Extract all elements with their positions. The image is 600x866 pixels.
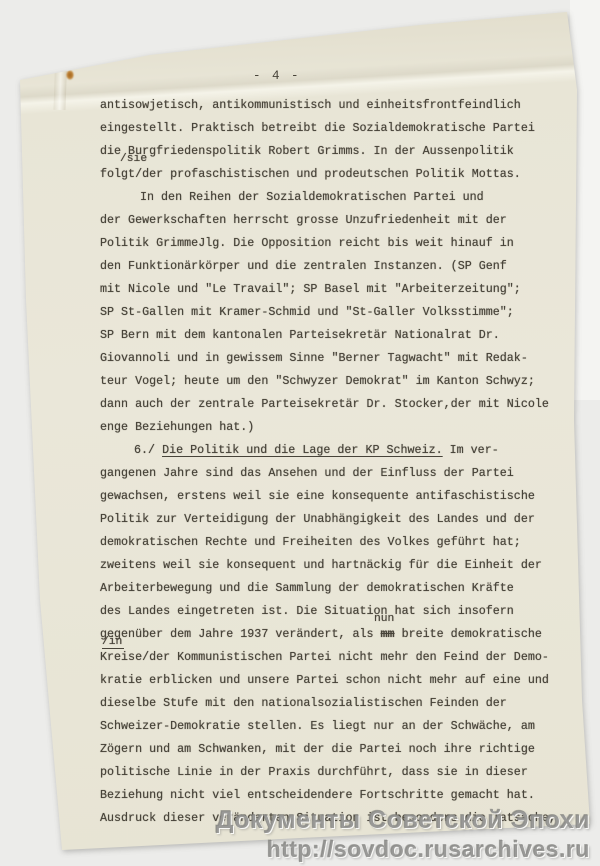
text-segment: Im ver- (443, 443, 499, 457)
text-line: eingestellt. Praktisch betreibt die Sozi… (100, 117, 580, 140)
text-line: enge Beziehungen hat.) (100, 416, 580, 439)
text-line: 6./ Die Politik und die Lage der KP Schw… (100, 439, 580, 462)
text-line: den Funktionärkörper und die zentralen I… (100, 255, 580, 278)
text-line: gangenen Jahre sind das Ansehen und der … (100, 462, 580, 485)
rust-stain (66, 70, 74, 80)
text-line: gewachsen, erstens weil sie eine konsequ… (100, 485, 580, 508)
text-line: Beziehung nicht viel entscheidendere For… (100, 784, 580, 807)
text-line: Politik zur Verteidigung der Unabhängigk… (100, 508, 580, 531)
struck-out-text: mm (381, 627, 395, 641)
text-line: Politik GrimmeJlg. Die Opposition reicht… (100, 232, 580, 255)
inserted-correction: /in (102, 636, 124, 649)
paper-sheet: - 4 - antisowjetisch, antikommunistisch … (0, 0, 600, 866)
text-line: /siefolgt/der profaschistischen und prod… (100, 163, 580, 186)
text-line: Schweizer-Demokratie stellen. Es liegt n… (100, 715, 580, 738)
text-line: Arbeiterbewegung und die Sammlung der de… (100, 577, 580, 600)
text-line: Zögern und am Schwanken, mit der die Par… (100, 738, 580, 761)
text-line: mit Nicole und "Le Travail"; SP Basel mi… (100, 278, 580, 301)
paper-surface: - 4 - antisowjetisch, antikommunistisch … (0, 0, 600, 866)
text-line: antisowjetisch, antikommunistisch und ei… (100, 94, 580, 117)
text-line: /inKreise/der Kommunistischen Partei nic… (100, 646, 580, 669)
text-segment: gegenüber dem Jahre 1937 verändert, als (100, 627, 381, 641)
text-line: zweitens weil sie konsequent und hartnäc… (100, 554, 580, 577)
rust-stain (88, 33, 97, 44)
text-line: nungegenüber dem Jahre 1937 verändert, a… (100, 623, 580, 646)
scanned-document: - 4 - antisowjetisch, antikommunistisch … (0, 0, 600, 866)
text-segment: Kreise/der Kommunistischen Partei nicht … (100, 650, 549, 664)
text-line: kratie erblicken und unsere Partei schon… (100, 669, 580, 692)
text-line: politische Linie in der Praxis durchführ… (100, 761, 580, 784)
text-line: SP St-Gallen mit Kramer-Schmid und "St-G… (100, 301, 580, 324)
text-line: der Gewerkschaften herrscht grosse Unzuf… (100, 209, 580, 232)
text-line: Giovannoli und in gewissem Sinne "Berner… (100, 347, 580, 370)
text-line: des Landes eingetreten ist. Die Situatio… (100, 600, 580, 623)
text-segment: folgt/der profaschistischen und prodeuts… (100, 167, 521, 181)
inserted-correction: /sie (120, 153, 147, 165)
page-number: - 4 - (253, 69, 301, 83)
section-number: 6./ (134, 443, 162, 457)
text-line: demokratischen Rechte und Freiheiten des… (100, 531, 580, 554)
text-segment: breite demokratische (395, 627, 542, 641)
text-line: SP Bern mit dem kantonalen Parteisekretä… (100, 324, 580, 347)
section-heading: Die Politik und die Lage der KP Schweiz. (162, 443, 443, 457)
text-line: teur Vogel; heute um den "Schwyzer Demok… (100, 370, 580, 393)
inserted-correction: nun (374, 613, 394, 625)
text-line: die Burgfriedenspolitik Robert Grimms. I… (100, 140, 580, 163)
text-line: dieselbe Stufe mit den nationalsozialist… (100, 692, 580, 715)
text-line: In den Reihen der Sozialdemokratischen P… (100, 186, 580, 209)
text-line: dann auch der zentrale Parteisekretär Dr… (100, 393, 580, 416)
typewritten-text: antisowjetisch, antikommunistisch und ei… (100, 94, 580, 830)
text-line: Ausdruck dieser veränderten Situation is… (100, 807, 580, 830)
